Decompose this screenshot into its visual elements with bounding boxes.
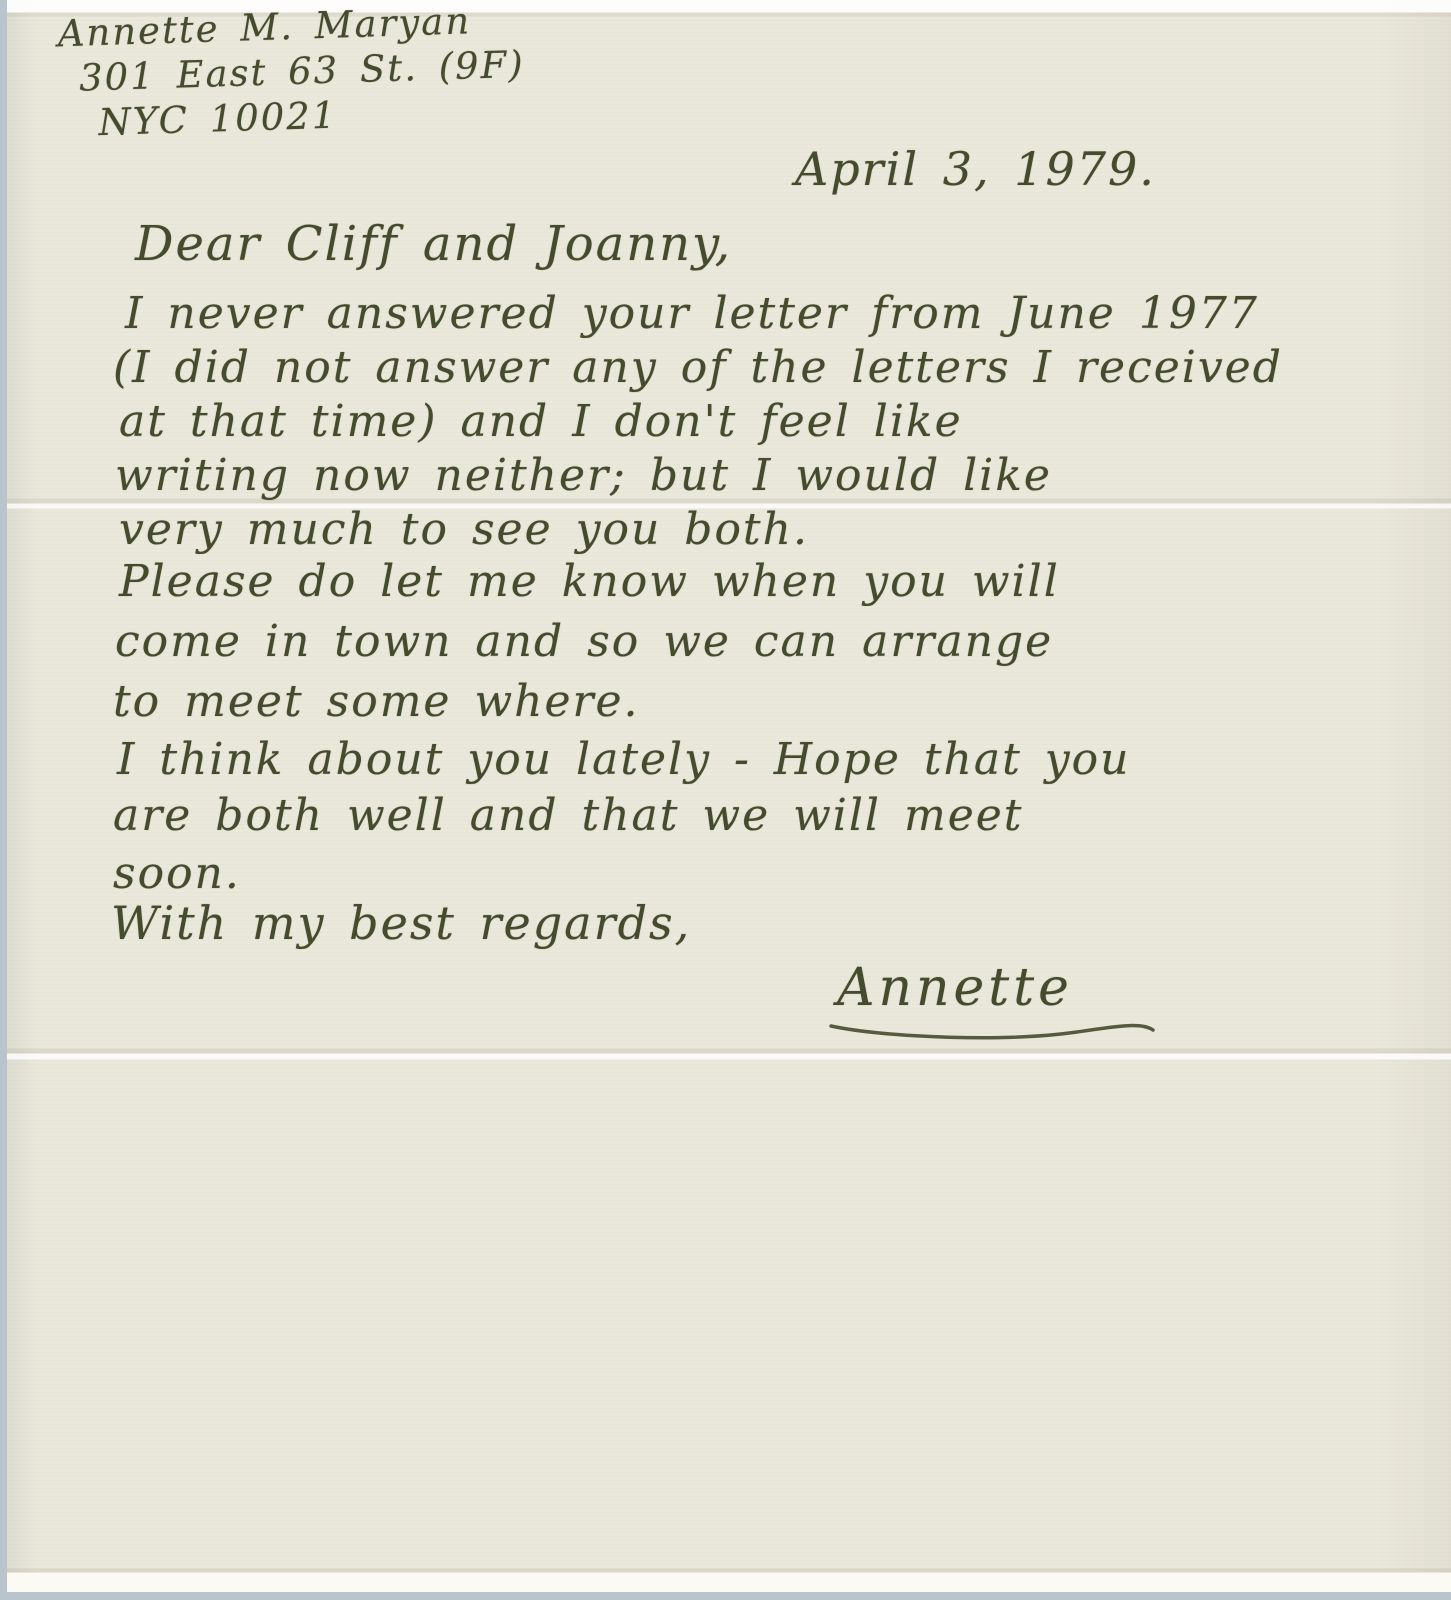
- date-line: April 3, 1979.: [795, 142, 1156, 196]
- body-line: to meet some where.: [113, 676, 640, 727]
- body-line: writing now neither; but I would like: [115, 450, 1052, 501]
- signature-flourish: [827, 1008, 1157, 1048]
- body-line: (I did not answer any of the letters I r…: [113, 342, 1283, 393]
- body-line: at that time) and I don't feel like: [119, 396, 963, 447]
- body-line: are both well and that we will meet: [113, 790, 1023, 841]
- body-line: Please do let me know when you will: [119, 556, 1060, 607]
- body-line: soon.: [113, 848, 241, 899]
- body-line: come in town and so we can arrange: [115, 616, 1053, 667]
- salutation: Dear Cliff and Joanny,: [135, 216, 732, 272]
- body-line: I think about you lately - Hope that you: [117, 734, 1130, 785]
- closing: With my best regards,: [111, 896, 691, 950]
- body-line: very much to see you both.: [119, 504, 809, 555]
- body-line: I never answered your letter from June 1…: [125, 288, 1259, 339]
- letter-paper: Annette M. Maryan 301 East 63 St. (9F) N…: [7, 0, 1451, 1592]
- sender-address-block: Annette M. Maryan 301 East 63 St. (9F) N…: [57, 0, 527, 146]
